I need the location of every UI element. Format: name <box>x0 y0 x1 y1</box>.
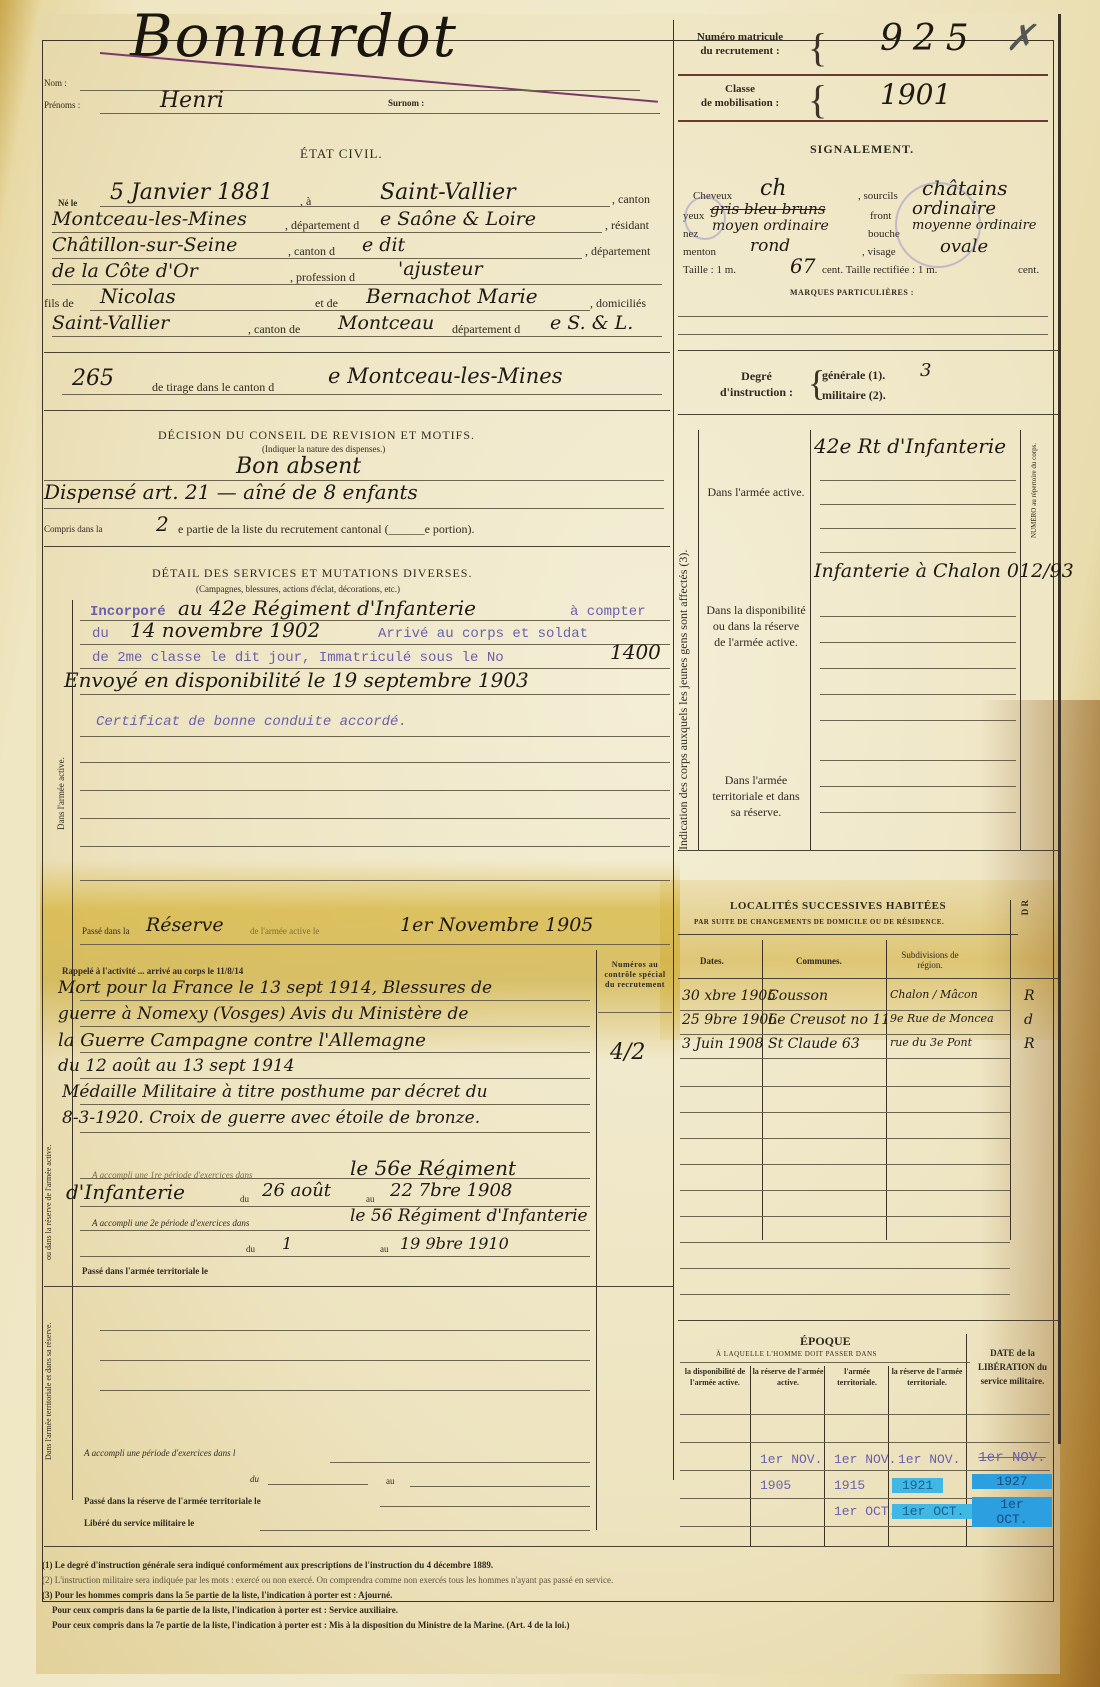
canton2-value: e dit <box>362 234 405 256</box>
sourcils-label: , sourcils <box>858 190 898 202</box>
active-value: 42e Rt d'Infanterie <box>814 434 1006 458</box>
epoque-value-line2: 1915 <box>834 1478 865 1493</box>
periode1-value2: d'Infanterie <box>66 1180 185 1204</box>
section-line <box>678 414 1058 415</box>
row-line <box>820 528 1016 529</box>
epoque-col-header: la réserve de l'armée territoriale. <box>890 1366 964 1388</box>
controle-divider <box>596 950 597 1530</box>
compris-label: Compris dans la <box>44 524 103 534</box>
row-line <box>820 786 1016 787</box>
menton-label: menton <box>683 246 716 258</box>
departement3-label: département d <box>452 322 520 337</box>
row-line <box>820 504 1016 505</box>
tirage-canton: e Montceau-les-Mines <box>328 364 563 388</box>
mort-line-4: du 12 août au 13 sept 1914 <box>58 1056 295 1076</box>
mort-line-3: la Guerre Campagne contre l'Allemagne <box>58 1030 426 1051</box>
epoque-value-line1: 1er NOV. <box>898 1452 960 1467</box>
row-line <box>820 760 1016 761</box>
loc-col-communes: Communes. <box>796 956 842 966</box>
row-line <box>820 616 1016 617</box>
corps-divider <box>698 430 699 850</box>
loc-subdivision: rue du 3e Pont <box>890 1036 972 1049</box>
stamp-du: du <box>92 626 109 642</box>
decision-subtitle: (Indiquer la nature des dispenses.) <box>262 444 385 454</box>
row-line <box>680 1294 1010 1295</box>
decision-value-1: Bon absent <box>236 454 361 479</box>
row-line <box>80 1104 590 1105</box>
liberation-values: 1er NOV. 1927 1er OCT. <box>972 1450 1052 1527</box>
fils-label: fils de <box>44 296 74 311</box>
numero-divider <box>1020 430 1021 850</box>
footnote-1: (1) Le degré d'instruction générale sera… <box>42 1558 1052 1573</box>
epoque-col-header: l'armée territoriale. <box>826 1366 888 1388</box>
instruction-label-2: d'instruction : <box>720 384 793 400</box>
row-line <box>100 1360 590 1361</box>
surnom-label: Surnom : <box>388 98 424 108</box>
epoque-subtitle: À LAQUELLE L'HOMME DOIT PASSER DANS <box>716 1350 877 1358</box>
section-line <box>44 546 670 547</box>
section-line <box>44 352 670 353</box>
epoque-value-line3: 1er OCT. <box>892 1504 974 1519</box>
canton-value: Montceau-les-Mines <box>52 208 247 230</box>
loc-commune: St Claude 63 <box>768 1036 860 1052</box>
row-line <box>680 1268 1010 1269</box>
epoque-divider <box>824 1366 825 1546</box>
rappele-line: Rappelé à l'activité ... arrivé au corps… <box>62 966 243 976</box>
row-line <box>410 1486 590 1487</box>
row-line <box>680 1034 1010 1035</box>
visage-label: , visage <box>862 246 896 258</box>
reserve-terr-label: Passé dans la réserve de l'armée territo… <box>84 1496 261 1506</box>
loc-date: 25 9bre 1906 <box>682 1012 777 1028</box>
libere-label: Libéré du service militaire le <box>84 1518 194 1528</box>
periode2-to: 19 9bre 1910 <box>400 1234 509 1253</box>
classe-label-2: de mobilisation : <box>685 96 795 110</box>
row-line <box>80 644 670 645</box>
departement-label: , département d <box>285 218 359 233</box>
residence-value: Châtillon-sur-Seine <box>52 234 237 256</box>
row-line <box>44 508 664 509</box>
domicile-value: Saint-Vallier <box>52 312 169 334</box>
instruction-label-1: Degré <box>720 368 793 384</box>
menton-value: rond <box>750 236 790 256</box>
row-line <box>680 1362 970 1363</box>
passe-mid: de l'armée active le <box>250 926 319 936</box>
periode2-from: 1 <box>282 1234 292 1253</box>
services-title: DÉTAIL DES SERVICES ET MUTATIONS DIVERSE… <box>152 566 472 581</box>
epoque-divider <box>750 1366 751 1546</box>
periode1-from: 26 août <box>262 1180 331 1201</box>
territoriale-label: Dans l'armée territoriale et dans sa rés… <box>706 772 806 820</box>
prenoms-label: Prénoms : <box>44 100 80 110</box>
row-line <box>80 1132 590 1133</box>
stamp-certificat: Certificat de bonne conduite accordé. <box>96 714 407 730</box>
row-line <box>820 812 1016 813</box>
domicilies-label: , domiciliés <box>590 296 646 311</box>
disponibilite-value: Envoyé en disponibilité le 19 septembre … <box>64 668 529 692</box>
row-line <box>80 880 670 881</box>
militaire-label: militaire (2). <box>822 388 886 403</box>
passe-date: 1er Novembre 1905 <box>400 914 593 936</box>
row-line <box>80 1178 590 1179</box>
compris-rest: e partie de la liste du recrutement cant… <box>178 522 475 537</box>
section-line <box>44 410 670 411</box>
loc-subdivision: Chalon / Mâcon <box>890 988 978 1001</box>
classe-value: 1901 <box>880 78 951 111</box>
mother-name: Bernachot Marie <box>366 284 538 308</box>
liberation-line-3: 1er OCT. <box>972 1497 1052 1527</box>
birth-place: Saint-Vallier <box>380 180 516 205</box>
prenoms-line <box>100 113 660 114</box>
marques-label: MARQUES PARTICULIÈRES : <box>790 288 914 297</box>
dispo-value: Infanterie à Chalon 012/93 <box>814 560 1074 582</box>
matricule-label-1: Numéro matricule <box>685 30 795 44</box>
column-divider <box>673 20 674 1480</box>
prenoms-value: Henri <box>160 88 224 113</box>
row-line <box>330 1462 590 1463</box>
epoque-value-line2: 1921 <box>892 1478 943 1493</box>
canton-label: , canton <box>612 192 650 207</box>
loc-divider <box>1010 900 1011 1240</box>
stamp-classe: de 2me classe le dit jour, Immatriculé s… <box>92 650 504 666</box>
row-line <box>80 944 670 945</box>
row-line <box>680 1242 1010 1243</box>
row-line <box>820 480 1016 481</box>
canton2-label: , canton d <box>288 244 335 259</box>
periode2-au: au <box>380 1244 389 1254</box>
loc-date: 3 Juin 1908 <box>682 1036 764 1052</box>
nez-value: moyen ordinaire <box>712 218 829 234</box>
tirage-label: de tirage dans le canton d <box>152 380 274 395</box>
purple-stamp <box>684 196 726 240</box>
row-line <box>680 1414 1050 1415</box>
periode3-du: du <box>250 1474 259 1484</box>
immatricule-value: 1400 <box>610 640 661 664</box>
canton3-value: Montceau <box>338 312 434 334</box>
row-line <box>598 1012 672 1013</box>
footnote-2: (2) L'instruction militaire sera indiqué… <box>42 1573 1052 1588</box>
row-line <box>80 1230 590 1231</box>
liberation-line-1: 1er NOV. <box>972 1450 1052 1466</box>
corps-divider <box>810 430 811 850</box>
footnotes: (1) Le degré d'instruction générale sera… <box>42 1558 1052 1633</box>
taille-cent2-label: cent. <box>1018 264 1039 276</box>
decision-value-2: Dispensé art. 21 — aîné de 8 enfants <box>44 480 418 504</box>
ne-le-label: Né le <box>58 198 77 208</box>
periode1-to: 22 7bre 1908 <box>390 1180 512 1201</box>
row-line <box>680 1010 1010 1011</box>
classe-label: Classe de mobilisation : <box>685 82 795 110</box>
footnote-3: (3) Pour les hommes compris dans la 5e p… <box>42 1588 1052 1603</box>
instruction-label: Degré d'instruction : <box>720 368 793 400</box>
row-line <box>820 552 1016 553</box>
section-line <box>678 1320 1058 1321</box>
incorpore-value: au 42e Régiment d'Infanterie <box>178 596 476 620</box>
profession-value: 'ajusteur <box>398 258 483 280</box>
etat-civil-title: ÉTAT CIVIL. <box>300 146 383 162</box>
numero-label: NUMÉRO au répertoire du corps. <box>1030 428 1038 538</box>
periode2-value: le 56 Régiment d'Infanterie <box>350 1206 588 1226</box>
row-line <box>80 694 670 695</box>
periode1-du: du <box>240 1194 249 1204</box>
controle-label: Numéros au contrôle spécial du recruteme… <box>600 960 670 990</box>
footnote-4: Pour ceux compris dans la 6e partie de l… <box>42 1603 1052 1618</box>
loc-col-dates: Dates. <box>700 956 724 966</box>
departement-value: e Saône & Loire <box>380 208 536 230</box>
signalement-title: SIGNALEMENT. <box>810 142 914 157</box>
margin-label-reserve: ou dans la réserve de l'armée active. <box>44 1040 53 1260</box>
residant-label: , résidant <box>605 218 649 233</box>
loc-divider <box>762 940 763 1240</box>
row-line <box>80 736 670 737</box>
mort-line-1: Mort pour la France le 13 sept 1914, Ble… <box>58 978 492 998</box>
row-line <box>680 1190 1010 1191</box>
brace: { <box>808 76 827 123</box>
taille-label: Taille : 1 m. <box>683 264 736 276</box>
footnote-5: Pour ceux compris dans la 7e partie de l… <box>42 1618 1052 1633</box>
loc-col-subdivisions: Subdivisions de région. <box>890 950 970 970</box>
territoriale-passe-label: Passé dans l'armée territoriale le <box>82 1266 208 1276</box>
services-subtitle: (Campagnes, blessures, actions d'éclat, … <box>196 584 400 594</box>
generale-label: générale (1). <box>822 368 885 383</box>
row-line <box>62 394 662 395</box>
row-line <box>678 334 1048 335</box>
epoque-value-line2: 1905 <box>760 1478 791 1493</box>
yeux-value: gris bleu bruns <box>710 200 826 218</box>
periode1-au: au <box>366 1194 375 1204</box>
medaille-line-1: Médaille Militaire à titre posthume par … <box>62 1082 488 1102</box>
epoque-col-header: la disponibilité de l'armée active. <box>680 1366 750 1388</box>
row-line <box>80 1078 590 1079</box>
row-line <box>52 336 662 337</box>
right-border <box>1058 14 1061 1444</box>
father-name: Nicolas <box>100 284 176 308</box>
birth-date: 5 Janvier 1881 <box>110 180 273 205</box>
epoque-title: ÉPOQUE <box>800 1334 851 1349</box>
matricule-label-2: du recrutement : <box>685 44 795 58</box>
passe-label: Passé dans la <box>82 926 130 936</box>
profession-label: , profession d <box>290 270 355 285</box>
nom-label: Nom : <box>44 78 67 88</box>
epoque-col-header: la réserve de l'armée active. <box>752 1366 824 1388</box>
row-line <box>680 1086 1010 1087</box>
row-line <box>52 258 582 259</box>
epoque-divider <box>888 1366 889 1546</box>
row-line <box>80 1000 590 1001</box>
row-line <box>380 1506 590 1507</box>
departement2-value: de la Côte d'Or <box>52 260 198 282</box>
matricule-divider <box>678 74 1048 76</box>
row-line <box>80 762 670 763</box>
section-line <box>678 350 1058 351</box>
row-line <box>680 1138 1010 1139</box>
row-line <box>680 1058 1010 1059</box>
section-line <box>44 1286 674 1287</box>
loc-divider <box>886 940 887 1240</box>
row-line <box>80 818 670 819</box>
localites-title: LOCALITÉS SUCCESSIVES HABITÉES <box>730 900 946 912</box>
row-line <box>80 790 670 791</box>
mort-line-2: guerre à Nomexy (Vosges) Avis du Ministè… <box>58 1004 468 1024</box>
row-line <box>52 232 602 233</box>
mere-label: et de <box>315 296 338 311</box>
row-line <box>100 206 610 207</box>
margin-label-territoriale: Dans l'armée territoriale et dans sa rés… <box>44 1300 74 1460</box>
front-label: front <box>870 210 891 222</box>
row-line <box>678 316 1048 317</box>
stamp-compter: à compter <box>570 604 646 620</box>
row-line <box>80 846 670 847</box>
incorpore-date: 14 novembre 1902 <box>130 618 320 642</box>
active-label: Dans l'armée active. <box>706 484 806 500</box>
section-line <box>678 934 1018 935</box>
row-line <box>100 1390 590 1391</box>
periode3-label: A accompli une période d'exercices dans … <box>84 1448 235 1458</box>
row-line <box>100 1330 590 1331</box>
departement2-label: , département <box>585 244 650 259</box>
tirage-number: 265 <box>72 366 114 391</box>
medaille-line-2: 8-3-1920. Croix de guerre avec étoile de… <box>62 1108 480 1128</box>
periode3-au: au <box>386 1476 395 1486</box>
section-line <box>678 978 1058 979</box>
row-line <box>680 1216 1010 1217</box>
loc-commune: Cousson <box>768 988 828 1004</box>
epoque-value-line1: 1er NOV. <box>760 1452 822 1467</box>
margin-label-active: Dans l'armée active. <box>56 690 66 830</box>
cheveux-value: ch <box>760 176 787 201</box>
departement3-value: e S. & L. <box>550 312 633 334</box>
loc-subdivision: 9e Rue de Moncea <box>890 1012 994 1025</box>
liberation-line-2: 1927 <box>972 1474 1052 1489</box>
generale-value: 3 <box>920 360 931 381</box>
loc-col-dr: D R <box>1020 900 1030 915</box>
check-mark: ✗ <box>1005 18 1035 59</box>
corps-side-label: Indication des corps auxquels les jeunes… <box>676 470 691 850</box>
loc-date: 30 xbre 1905 <box>682 988 776 1004</box>
brace: { <box>808 24 827 71</box>
date-liberation-title: DATE de la LIBÉRATION du service militai… <box>975 1346 1050 1388</box>
purple-stamp <box>895 182 981 268</box>
row-line <box>680 1442 1050 1443</box>
loc-dr: R <box>1024 1036 1035 1052</box>
section-line <box>44 1546 1054 1547</box>
row-line <box>820 694 1016 695</box>
decision-title: DÉCISION DU CONSEIL DE REVISION ET MOTIF… <box>158 428 475 443</box>
periode2-label: A accompli une 2e période d'exercices da… <box>92 1218 249 1228</box>
controle-value: 4/2 <box>610 1040 645 1065</box>
canton3-label: , canton de <box>248 322 300 337</box>
matricule-label: Numéro matricule du recrutement : <box>685 30 795 58</box>
dispo-label: Dans la disponibilité ou dans la réserve… <box>706 602 806 650</box>
matricule-value: 925 <box>880 18 979 59</box>
row-line <box>680 1164 1010 1165</box>
loc-dr: d <box>1024 1012 1033 1028</box>
localites-subtitle: PAR SUITE DE CHANGEMENTS DE DOMICILE OU … <box>694 918 944 926</box>
row-line <box>260 1530 590 1531</box>
loc-dr: R <box>1024 988 1035 1004</box>
row-line <box>80 1256 590 1257</box>
row-line <box>268 1484 368 1485</box>
partie-value: 2 <box>156 512 169 536</box>
row-line <box>90 310 590 311</box>
classe-divider <box>678 120 1048 122</box>
row-line <box>820 642 1016 643</box>
periode2-du: du <box>246 1244 255 1254</box>
row-line <box>80 1026 590 1027</box>
row-line <box>820 668 1016 669</box>
row-line <box>680 1112 1010 1113</box>
taille-value: 67 <box>790 254 815 278</box>
loc-commune: Le Creusot no 11 <box>768 1012 890 1028</box>
row-line <box>820 720 1016 721</box>
periode1-value: le 56e Régiment <box>350 1156 516 1180</box>
section-line <box>678 850 1058 851</box>
taille-cent-label: cent. Taille rectifiée : 1 m. <box>822 264 937 276</box>
classe-label-1: Classe <box>685 82 795 96</box>
row-line <box>80 1052 590 1053</box>
passe-value: Réserve <box>146 914 224 936</box>
stamp-arrive: Arrivé au corps et soldat <box>378 626 588 642</box>
